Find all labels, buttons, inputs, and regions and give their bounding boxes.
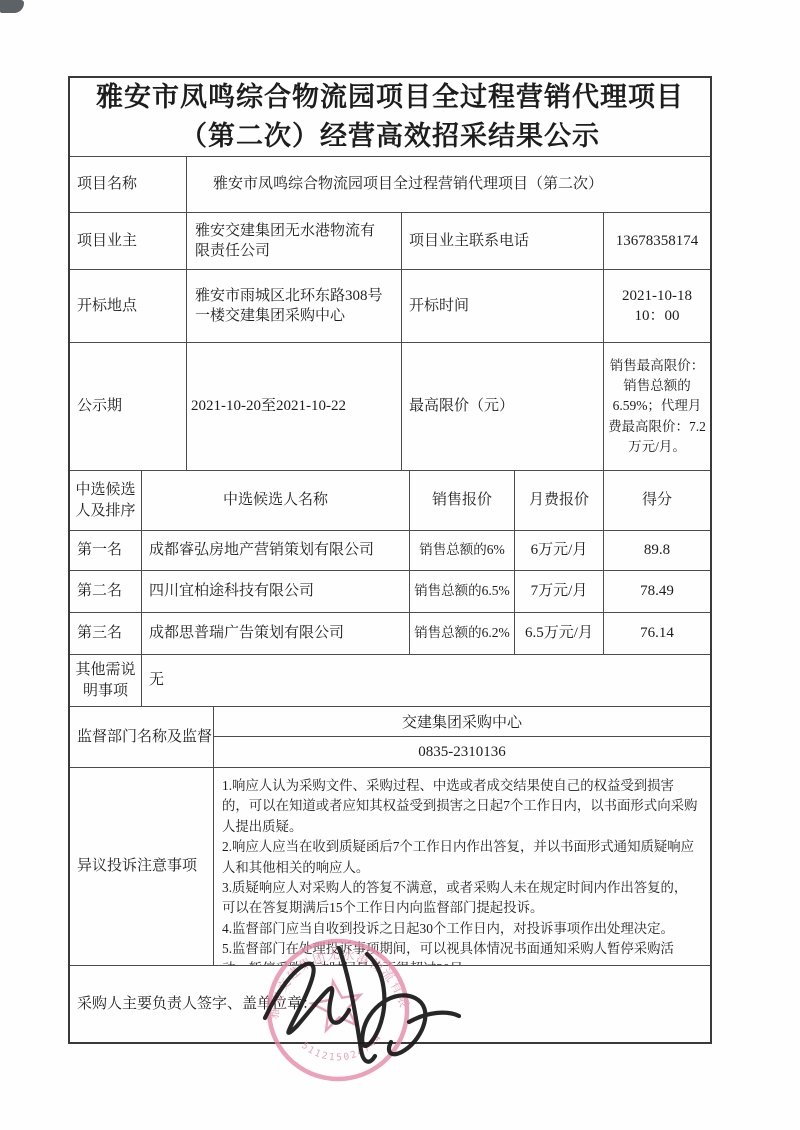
objection-item-1: 1.响应人认为采购文件、采购过程、中选或者成交结果使自己的权益受到损害的，可以在…: [222, 776, 700, 837]
candidate-row-1: 第一名 成都睿弘房地产营销策划有限公司 销售总额的6% 6万元/月 89.8: [70, 531, 710, 571]
supervision-row: 监督部门名称及监督电 交建集团采购中心 0835-2310136: [70, 707, 710, 768]
candidate-name: 成都睿弘房地产营销策划有限公司: [142, 531, 410, 570]
handwritten-signature: [243, 938, 478, 1073]
candidates-header-row: 中选候选人及排序 中选候选人名称 销售报价 月费报价 得分: [70, 471, 710, 531]
scanned-document-page: 雅安市凤鸣综合物流园项目全过程营销代理项目（第二次）经营高效招采结果公示 项目名…: [0, 0, 800, 1130]
project-name-row: 项目名称 雅安市凤鸣综合物流园项目全过程营销代理项目（第二次）: [70, 157, 710, 213]
other-notes-row: 其他需说明事项 无: [70, 655, 710, 707]
candidate-rank: 第一名: [70, 531, 142, 570]
max-price-value: 销售最高限价：销售总额的6.59%；代理月费最高限价：7.2万元/月。: [604, 343, 710, 470]
candidate-name: 成都思普瑞广告策划有限公司: [142, 613, 410, 654]
supervision-phone: 0835-2310136: [214, 737, 710, 767]
owner-label: 项目业主: [70, 213, 187, 269]
candidate-monthly: 7万元/月: [515, 571, 604, 612]
candidates-header-rank: 中选候选人及排序: [70, 471, 142, 530]
publicity-value: 2021-10-20至2021-10-22: [187, 343, 402, 470]
candidate-rank: 第三名: [70, 613, 142, 654]
candidate-name: 四川宜柏途科技有限公司: [142, 571, 410, 612]
candidate-score: 78.49: [604, 571, 710, 612]
supervision-values: 交建集团采购中心 0835-2310136: [214, 707, 710, 767]
project-name-value: 雅安市凤鸣综合物流园项目全过程营销代理项目（第二次）: [187, 157, 710, 212]
objection-content: 1.响应人认为采购文件、采购过程、中选或者成交结果使自己的权益受到损害的，可以在…: [214, 768, 710, 965]
candidate-rank: 第二名: [70, 571, 142, 612]
candidates-header-monthly: 月费报价: [515, 471, 604, 530]
supervision-label: 监督部门名称及监督电: [70, 707, 214, 767]
candidate-row-2: 第二名 四川宜柏途科技有限公司 销售总额的6.5% 7万元/月 78.49: [70, 571, 710, 613]
publicity-label: 公示期: [70, 343, 187, 470]
objection-item-3: 3.质疑响应人对采购人的答复不满意，或者采购人未在规定时间内作出答复的，可以在答…: [222, 878, 700, 919]
owner-row: 项目业主 雅安交建集团无水港物流有限责任公司 项目业主联系电话 13678358…: [70, 213, 710, 270]
candidate-monthly: 6.5万元/月: [515, 613, 604, 654]
other-notes-label: 其他需说明事项: [70, 655, 142, 706]
scan-artifact-mark: [0, 0, 24, 13]
candidate-score: 89.8: [604, 531, 710, 570]
announcement-table: 雅安市凤鸣综合物流园项目全过程营销代理项目（第二次）经营高效招采结果公示 项目名…: [68, 76, 712, 1044]
candidate-row-3: 第三名 成都思普瑞广告策划有限公司 销售总额的6.2% 6.5万元/月 76.1…: [70, 613, 710, 655]
owner-phone-label: 项目业主联系电话: [402, 213, 604, 269]
candidates-header-name: 中选候选人名称: [142, 471, 410, 530]
bid-time-label: 开标时间: [402, 270, 604, 342]
objection-item-2: 2.响应人应当在收到质疑函后7个工作日内作出答复，并以书面形式通知质疑响应人和其…: [222, 837, 700, 878]
bid-place-label: 开标地点: [70, 270, 187, 342]
bid-time-value: 2021-10-18 10：00: [604, 270, 710, 342]
bid-place-value: 雅安市雨城区北环东路308号一楼交建集团采购中心: [187, 270, 402, 342]
title-row: 雅安市凤鸣综合物流园项目全过程营销代理项目（第二次）经营高效招采结果公示: [70, 78, 710, 157]
project-name-label: 项目名称: [70, 157, 187, 212]
document-title: 雅安市凤鸣综合物流园项目全过程营销代理项目（第二次）经营高效招采结果公示: [70, 78, 710, 156]
supervision-dept: 交建集团采购中心: [214, 707, 710, 737]
objection-item-4: 4.监督部门应当自收到投诉之日起30个工作日内，对投诉事项作出处理决定。: [222, 919, 700, 939]
candidate-score: 76.14: [604, 613, 710, 654]
bid-place-row: 开标地点 雅安市雨城区北环东路308号一楼交建集团采购中心 开标时间 2021-…: [70, 270, 710, 343]
publicity-row: 公示期 2021-10-20至2021-10-22 最高限价（元） 销售最高限价…: [70, 343, 710, 471]
owner-value: 雅安交建集团无水港物流有限责任公司: [187, 213, 402, 269]
candidates-header-sales: 销售报价: [410, 471, 515, 530]
objection-label: 异议投诉注意事项: [70, 768, 214, 965]
other-notes-value: 无: [142, 655, 710, 706]
candidate-sales: 销售总额的6.2%: [410, 613, 515, 654]
owner-phone-value: 13678358174: [604, 213, 710, 269]
candidate-sales: 销售总额的6%: [410, 531, 515, 570]
candidate-monthly: 6万元/月: [515, 531, 604, 570]
max-price-label: 最高限价（元）: [402, 343, 604, 470]
candidate-sales: 销售总额的6.5%: [410, 571, 515, 612]
candidates-header-score: 得分: [604, 471, 710, 530]
